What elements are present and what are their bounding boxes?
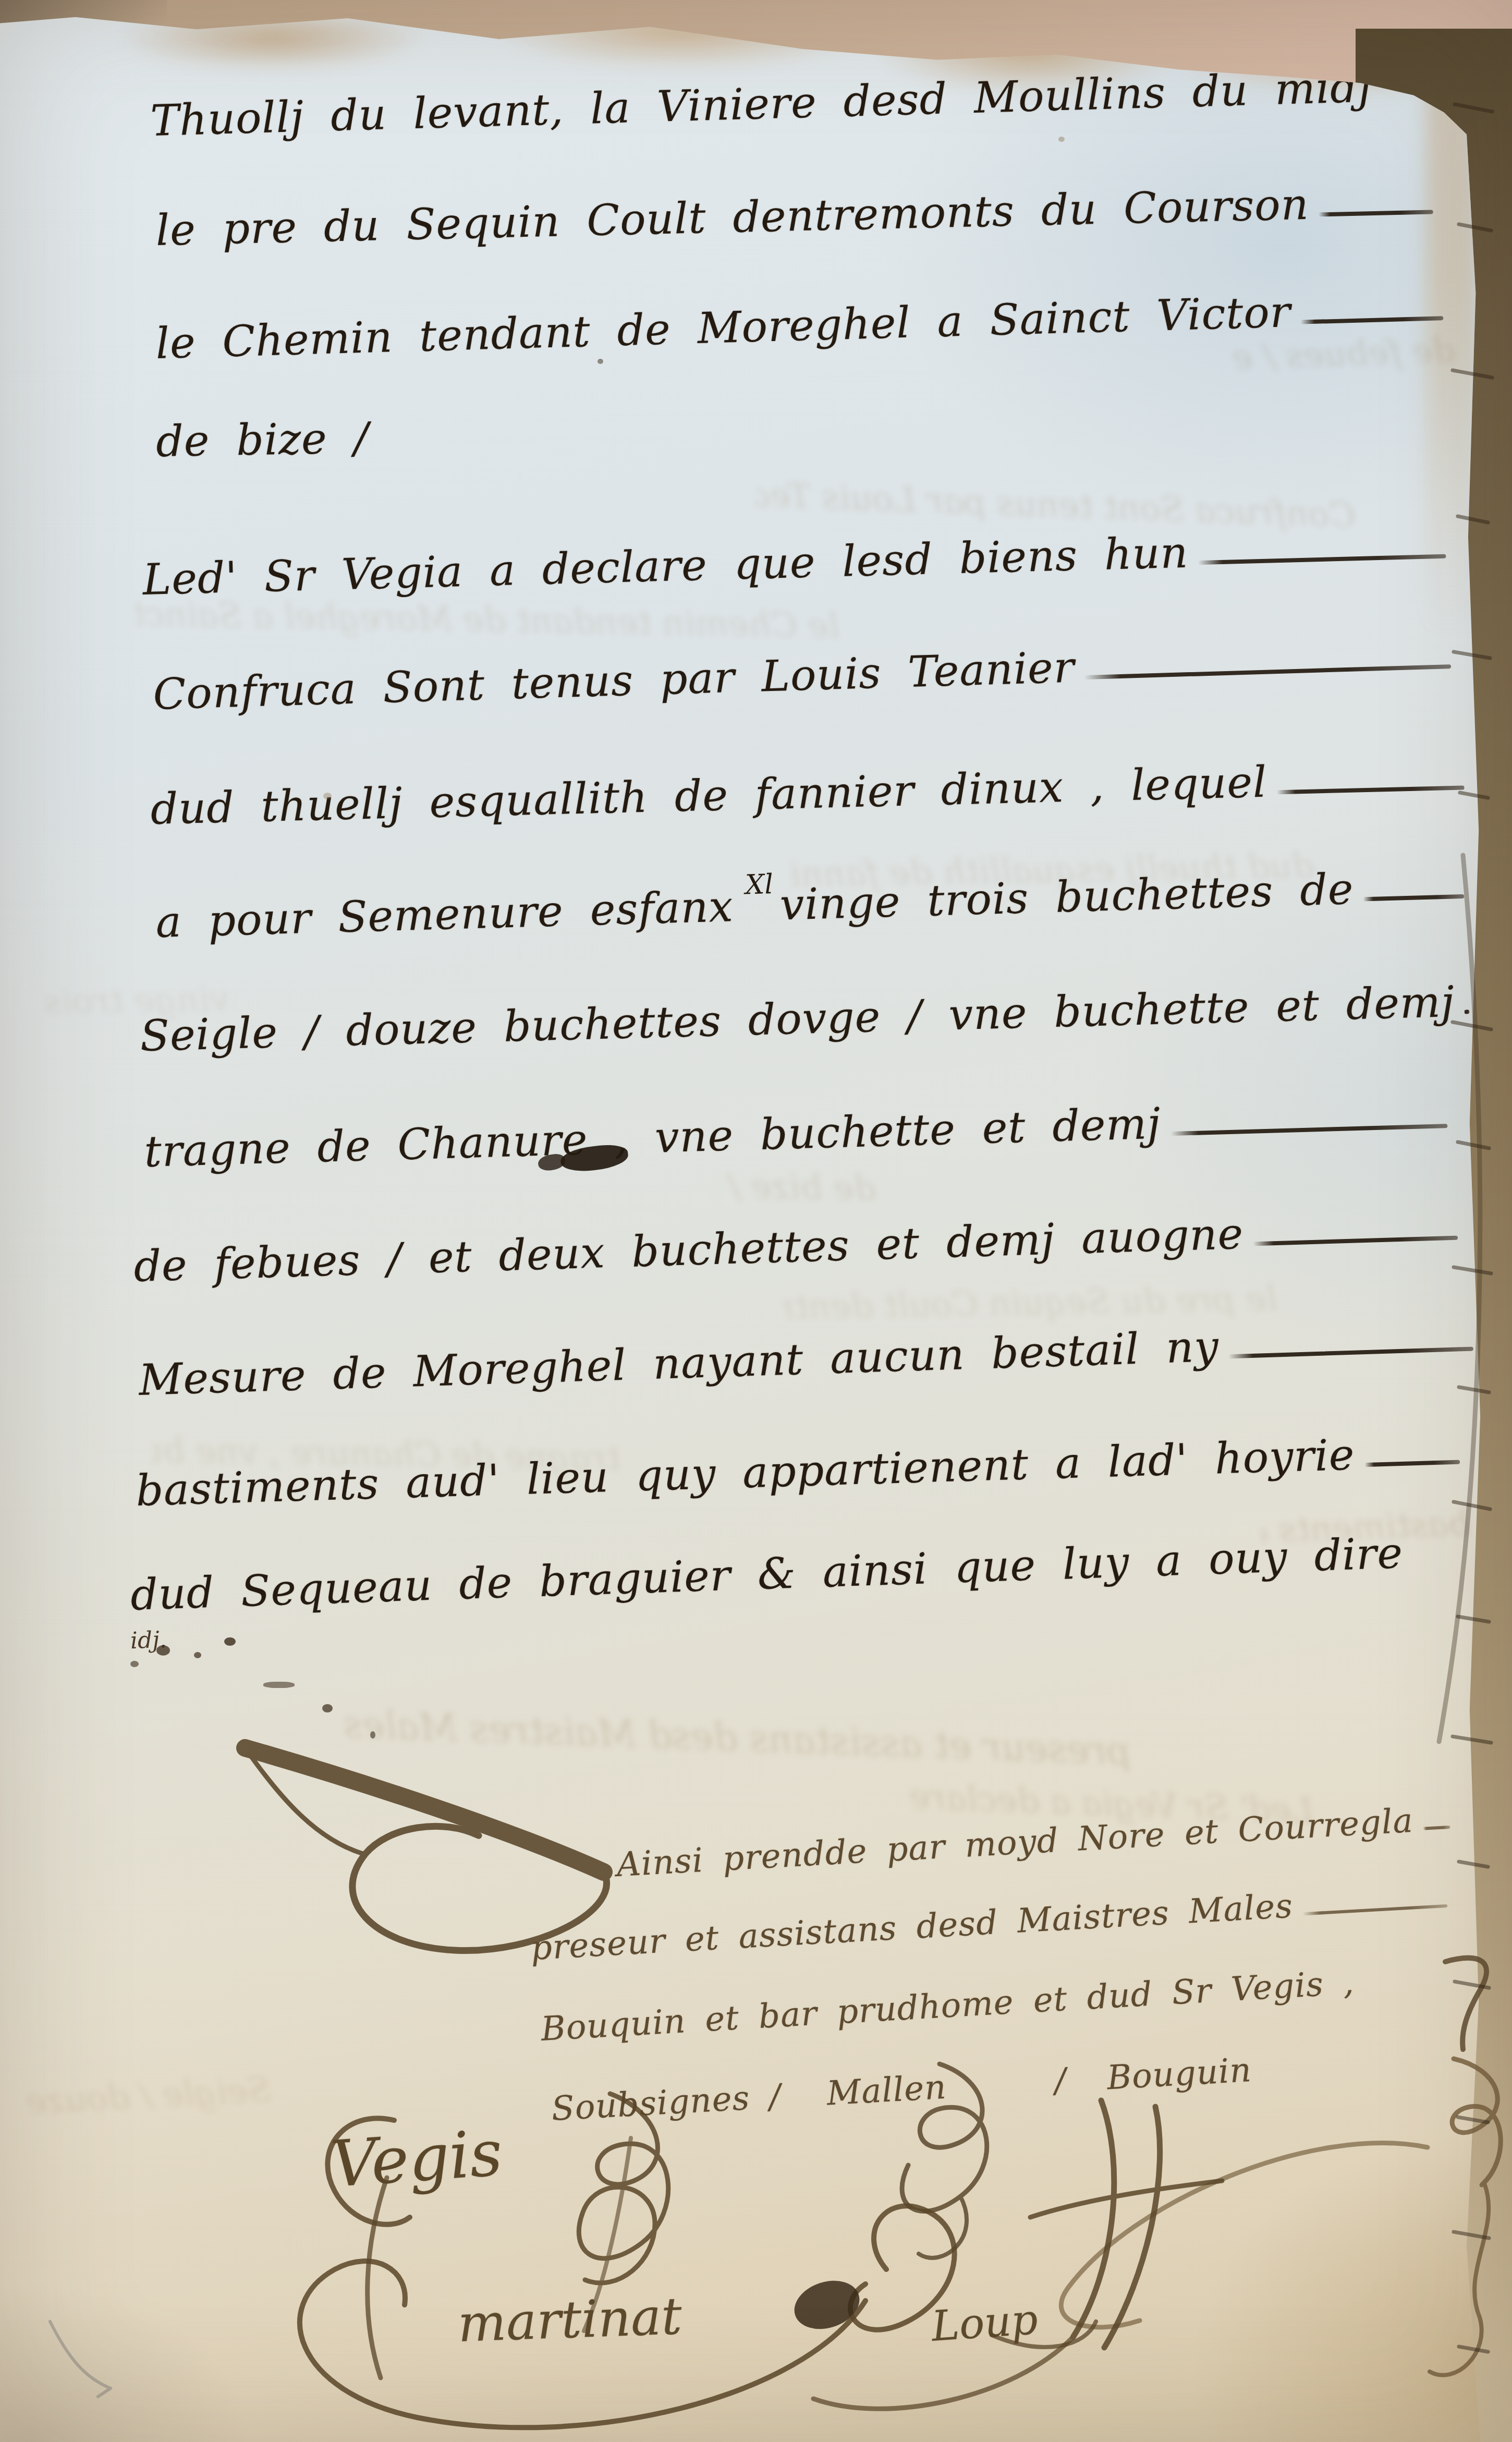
- manuscript-line: Confruca Sont tenus par Louis Teanier: [152, 631, 1452, 720]
- closing-line: Bouquin et bar prudhome et dud Sr Vegis …: [540, 1963, 1355, 2049]
- closing-line: Ainsi prendde par moyd Nore et Courregla: [616, 1800, 1451, 1885]
- ink-speck: [598, 359, 603, 364]
- ink-speck: [1058, 137, 1065, 142]
- manuscript-line: a pour Semenure esfanxXl vinge trois buc…: [155, 861, 1465, 947]
- line-text: de bize /: [155, 414, 369, 467]
- line-text: preseur et assistans desd Maistres Males: [530, 1887, 1294, 1968]
- line-text: le pre du Sequin Coult dentremonts du Co…: [155, 180, 1310, 256]
- manuscript-line: de febues / et deux buchettes et demj au…: [133, 1203, 1458, 1292]
- line-filler-stroke: [1364, 1460, 1460, 1467]
- line-filler-stroke: [1302, 1904, 1447, 1916]
- photograph-background: Confruca Sont tenus par Louis Teanier le…: [0, 0, 1512, 2442]
- subscription-line: Soubsignes / Mallen / Bouguin: [551, 2051, 1253, 2129]
- line-text: le Chemin tendant de Moreghel a Sainct V…: [155, 287, 1291, 369]
- line-filler-stroke: [1170, 1124, 1447, 1136]
- manuscript-line: dud Sequeau de braguier & ainsi que luy …: [130, 1528, 1404, 1620]
- line-filler-stroke: [1276, 785, 1464, 794]
- superscript-abbreviation: Xl: [745, 869, 773, 901]
- manuscript-line: le Chemin tendant de Moreghel a Sainct V…: [155, 283, 1444, 369]
- signature-mallen: Mallen: [826, 2068, 947, 2113]
- line-text: de febues / et deux buchettes et demj au…: [133, 1209, 1244, 1292]
- manuscript-line: bastiments aud' lieu quy appartienent a …: [135, 1427, 1460, 1516]
- signature-martinat: martinat: [457, 2287, 683, 2354]
- bleed-through-ghost-line: Seigle / douze buchettes dovge / vne buc…: [20, 2069, 272, 2122]
- ink-speck: [322, 1704, 333, 1712]
- manuscript-line: Seigle / douze buchettes dovge / vne buc…: [140, 977, 1470, 1061]
- manuscript-line: Led' Sr Vegia a declare que lesd biens h…: [142, 521, 1447, 605]
- line-text: Soubsignes /: [551, 2077, 782, 2129]
- line-filler-stroke: [1084, 664, 1451, 679]
- line-filler-stroke: [1198, 554, 1446, 565]
- line-text: a pour Semenure esfanx: [155, 882, 734, 947]
- line-text: tragne de Chanure , vne buchette et demj: [143, 1099, 1161, 1177]
- ink-speck: [224, 1637, 236, 1646]
- line-filler-stroke: [1319, 210, 1433, 216]
- ink-speck: [194, 1652, 201, 1658]
- ink-speck: [156, 1645, 170, 1656]
- line-text: Mesure de Moreghel nayant aucun bestail …: [138, 1322, 1220, 1405]
- signature-bouguin: Bouguin: [1106, 2051, 1252, 2097]
- line-filler-stroke: [1228, 1347, 1473, 1359]
- line-filler-stroke: [1253, 1236, 1458, 1246]
- ink-speck: [323, 793, 332, 799]
- ink-speck: [130, 1661, 139, 1667]
- manuscript-page: Confruca Sont tenus par Louis Teanier le…: [0, 0, 1512, 2442]
- bleed-through-ghost-line: le pre du Sequin Coult dentremonts du Co…: [782, 1279, 1277, 1328]
- line-text: Bouquin et bar prudhome et dud Sr Vegis …: [540, 1963, 1355, 2049]
- line-text: Ainsi prendde par moyd Nore et Courregla: [616, 1802, 1415, 1885]
- manuscript-line: le pre du Sequin Coult dentremonts du Co…: [155, 177, 1434, 256]
- signature-vegis: Vegis: [328, 2116, 505, 2202]
- line-filler-stroke: [1363, 894, 1465, 901]
- ink-speck: [370, 1731, 375, 1739]
- line-text: vinge trois buchettes de: [779, 865, 1355, 930]
- ink-speck: [263, 1682, 295, 1688]
- manuscript-line: dud thuellj esquallith de fannier dinux …: [150, 752, 1465, 834]
- bleed-through-ghost-line: preseur et assistans desd Maistres Males: [323, 1702, 1132, 1773]
- line-text: Seigle / douze buchettes dovge / vne buc…: [140, 977, 1456, 1061]
- manuscript-line: Mesure de Moreghel nayant aucun bestail …: [138, 1314, 1474, 1405]
- line-filler-stroke: [1300, 316, 1443, 324]
- closing-line: preseur et assistans desd Maistres Males: [530, 1878, 1448, 1968]
- signature-loup: Loup: [930, 2295, 1040, 2351]
- line-filler-stroke: [1464, 1010, 1469, 1014]
- manuscript-line: tragne de Chanure , vne buchette et demj: [143, 1091, 1448, 1177]
- line-text: dud thuellj esquallith de fannier dinux …: [150, 758, 1267, 834]
- line-text: bastiments aud' lieu quy appartienent a …: [135, 1430, 1355, 1516]
- separator-slash: /: [1054, 2061, 1068, 2100]
- line-text: dud Sequeau de braguier & ainsi que luy …: [130, 1528, 1404, 1620]
- line-filler-stroke: [1423, 1826, 1450, 1830]
- manuscript-line: de bize /: [155, 414, 369, 467]
- line-text: Confruca Sont tenus par Louis Teanier: [152, 643, 1075, 720]
- line-text: Led' Sr Vegia a declare que lesd biens h…: [142, 528, 1189, 605]
